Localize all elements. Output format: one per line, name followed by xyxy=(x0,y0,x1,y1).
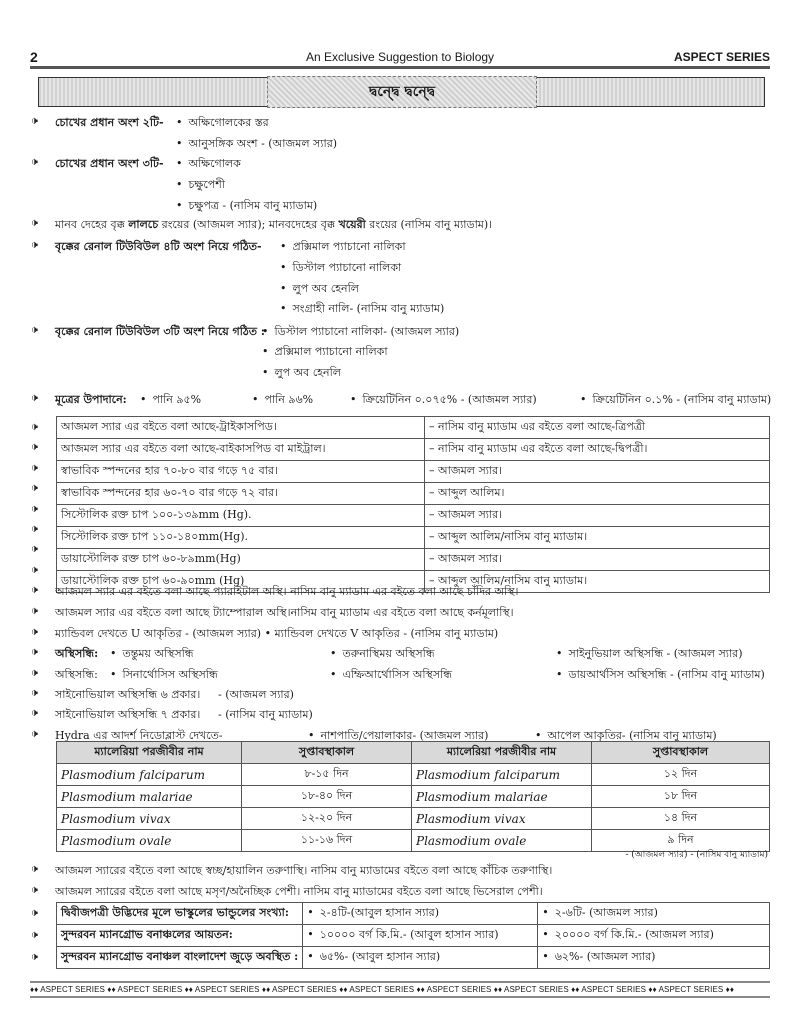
statement-cell: সিস্টোলিক রক্ত চাপ ১১০-১৪০mm(Hg). xyxy=(57,527,425,549)
text: মানব দেহের বৃক্ক xyxy=(55,218,128,231)
speaker-icon: 🕩 xyxy=(31,883,38,897)
cartilage-note: আজমল স্যারের বইতে বলা আছে স্বচ্ছ/হায়ালি… xyxy=(55,862,552,881)
value-text: ১০০০০ বর্গ কি.মি.- (আবুল হাসান স্যার) xyxy=(307,928,498,941)
speaker-icon: 🕩 xyxy=(31,645,38,659)
statement-cell: ডায়াস্টোলিক রক্ত চাপ ৬০-৮৯mm(Hg) xyxy=(57,549,425,571)
table-header-row: ম্যালেরিয়া পরজীবীর নাম সুপ্তাবস্থাকাল ম… xyxy=(57,742,770,764)
column-header: ম্যালেরিয়া পরজীবীর নাম xyxy=(412,742,592,764)
table-row: আজমল স্যার এর বইতে বলা আছে-বাইকাসপিড বা … xyxy=(57,439,770,461)
speaker-icon: 🕩 xyxy=(31,522,38,536)
renal3-item: ডিস্টাল প্যাচানো নালিকা- (আজমল স্যার) xyxy=(262,323,459,342)
comparison-table: আজমল স্যার এর বইতে বলা আছে-ট্রাইকাসপিড।–… xyxy=(56,416,770,593)
synovial-source: - (আজমল স্যার) xyxy=(218,686,294,705)
joint-label: অস্থিসন্ধি: xyxy=(55,666,98,685)
table-row: সুন্দরবন ম্যানগ্রোভ বনাঞ্চল বাংলাদেশ জুড… xyxy=(57,947,770,969)
eye-b-item: চক্ষুপত্র - (নাসিম বানু ম্যাডাম) xyxy=(176,197,317,216)
eye-a-item: অক্ষিগোলকের স্তর xyxy=(176,114,269,133)
renal4-item: সংগ্রাহী নালি- (নাসিম বানু ম্যাডাম) xyxy=(280,300,444,319)
renal4-label: বৃক্কের রেনাল টিউবিউল ৪টি অংশ নিয়ে গঠিত… xyxy=(55,238,262,257)
column-header: ম্যালেরিয়া পরজীবীর নাম xyxy=(57,742,242,764)
speaker-icon: 🕩 xyxy=(31,216,38,230)
kidney-color-line: মানব দেহের বৃক্ক লালচে রংয়ের (আজমল স্যা… xyxy=(55,216,492,235)
column-header: সুপ্তাবস্থাকাল xyxy=(242,742,412,764)
series-name: ASPECT SERIES xyxy=(674,50,770,64)
footer-divider xyxy=(30,981,770,983)
table-row: ডায়াস্টোলিক রক্ত চাপ ৬০-৮৯mm(Hg)– আজমল … xyxy=(57,549,770,571)
joint-item: ডায়আর্থসিস অস্থিসন্ধি - (নাসিম বানু ম্য… xyxy=(556,666,765,685)
header-divider xyxy=(30,66,770,69)
species-cell: Plasmodium falciparum xyxy=(57,764,242,786)
value-cell: ৬৫%- (আবুল হাসান স্যার) xyxy=(303,947,538,969)
speaker-icon: 🕩 xyxy=(31,238,38,252)
joint-item: এম্ফিআর্থোসিস অস্থিসন্ধি xyxy=(330,666,452,685)
source-cell: – নাসিম বানু ম্যাডাম এর বইতে বলা আছে-দ্ব… xyxy=(425,439,770,461)
table-row: Plasmodium falciparum৮-১৫ দিনPlasmodium … xyxy=(57,764,770,786)
bone-note: আজমল স্যার এর বইতে বলা আছে প্যারাইটাল অস… xyxy=(55,583,518,602)
speaker-icon: 🕩 xyxy=(31,114,38,128)
topic-cell: সুন্দরবন ম্যানগ্রোভ বনাঞ্চল বাংলাদেশ জুড… xyxy=(57,947,303,969)
source-cell: – আব্দুল আলিম। xyxy=(425,483,770,505)
renal4-item: লুপ অব হেনলি xyxy=(280,280,359,299)
statement-cell: আজমল স্যার এর বইতে বলা আছে-বাইকাসপিড বা … xyxy=(57,439,425,461)
synovial-text: সাইনোভিয়াল অস্থিসন্ধি ৬ প্রকার। xyxy=(55,686,200,705)
value-text: ২০০০০ বর্গ কি.মি.- (আজমল স্যার) xyxy=(542,928,714,941)
value-cell: ২-৬টি- (আজমল স্যার) xyxy=(538,903,770,925)
table-row: স্বাভাবিক স্পন্দনের হার ৭০-৮০ বার গড়ে ৭… xyxy=(57,461,770,483)
value-cell: ৬২%- (আজমল স্যার) xyxy=(538,947,770,969)
incubation-cell: ১৮-৪০ দিন xyxy=(242,786,412,808)
speaker-icon: 🕩 xyxy=(31,440,38,454)
table-row: Plasmodium malariae১৮-৪০ দিনPlasmodium m… xyxy=(57,786,770,808)
joint-item: তন্তুময় অস্থিসন্ধি xyxy=(110,645,194,664)
urine-item: পানি ৯৬% xyxy=(252,391,313,410)
urine-item: ক্রিয়েটিনিন ০.০৭৫% - (আজমল স্যার) xyxy=(350,391,537,410)
topic-cell: দ্বিবীজপত্রী উদ্ভিদের মূলে ভাস্কুলের ভান… xyxy=(57,903,303,925)
speaker-icon: 🕩 xyxy=(31,686,38,700)
speaker-icon: 🕩 xyxy=(31,461,38,475)
table-row: সিস্টোলিক রক্ত চাপ ১১০-১৪০mm(Hg).– আব্দু… xyxy=(57,527,770,549)
urine-item: পানি ৯৫% xyxy=(140,391,201,410)
urine-item: ক্রিয়েটিনিন ০.১% - (নাসিম বানু ম্যাডাম) xyxy=(580,391,771,410)
speaker-icon: 🕩 xyxy=(31,625,38,639)
column-header: সুপ্তাবস্থাকাল xyxy=(592,742,770,764)
speaker-icon: 🕩 xyxy=(31,727,38,741)
speaker-icon: 🕩 xyxy=(31,666,38,680)
incubation-cell: ১৪ দিন xyxy=(592,808,770,830)
table-row: দ্বিবীজপত্রী উদ্ভিদের মূলে ভাস্কুলের ভান… xyxy=(57,903,770,925)
speaker-icon: 🕩 xyxy=(31,604,38,618)
renal3-item: লুপ অব হেনলি xyxy=(262,364,341,383)
species-cell: Plasmodium malariae xyxy=(412,786,592,808)
speaker-icon: 🕩 xyxy=(31,420,38,434)
page-title: An Exclusive Suggestion to Biology xyxy=(30,50,770,64)
value-cell: ২০০০০ বর্গ কি.মি.- (আজমল স্যার) xyxy=(538,925,770,947)
malaria-table: ম্যালেরিয়া পরজীবীর নাম সুপ্তাবস্থাকাল ম… xyxy=(56,741,770,852)
speaker-icon: 🕩 xyxy=(31,706,38,720)
incubation-cell: ১২-২০ দিন xyxy=(242,808,412,830)
source-cell: – নাসিম বানু ম্যাডাম এর বইতে বলা আছে-ত্র… xyxy=(425,417,770,439)
synovial-text: সাইনোভিয়াল অস্থিসন্ধি ৭ প্রকার। xyxy=(55,706,200,725)
renal3-label: বৃক্কের রেনাল টিউবিউল ৩টি অংশ নিয়ে গঠিত… xyxy=(55,323,265,342)
speaker-icon: 🕩 xyxy=(31,563,38,577)
species-cell: Plasmodium ovale xyxy=(57,830,242,852)
table-row: আজমল স্যার এর বইতে বলা আছে-ট্রাইকাসপিড।–… xyxy=(57,417,770,439)
species-cell: Plasmodium malariae xyxy=(57,786,242,808)
speaker-icon: 🕩 xyxy=(31,583,38,597)
incubation-cell: ১১-১৬ দিন xyxy=(242,830,412,852)
source-cell: – আজমল স্যার। xyxy=(425,461,770,483)
incubation-cell: ৮-১৫ দিন xyxy=(242,764,412,786)
value-text: ২-৪টি-(আবুল হাসান স্যার) xyxy=(307,906,439,919)
renal3-item: প্রক্সিমাল প্যাচানো নালিকা xyxy=(262,343,388,362)
speaker-icon: 🕩 xyxy=(31,502,38,516)
incubation-cell: ১৮ দিন xyxy=(592,786,770,808)
value-cell: ২-৪টি-(আবুল হাসান স্যার) xyxy=(303,903,538,925)
species-cell: Plasmodium ovale xyxy=(412,830,592,852)
speaker-icon: 🕩 xyxy=(31,155,38,169)
text: রংয়ের (আজমল স্যার); মানবদেহের বৃক্ক xyxy=(158,218,338,231)
species-cell: Plasmodium falciparum xyxy=(412,764,592,786)
eye-b-label: চোখের প্রধান অংশ ৩টি- xyxy=(55,155,164,174)
eye-a-item: আনুসঙ্গিক অংশ - (আজমল স্যার) xyxy=(176,135,337,154)
table-row: Plasmodium vivax১২-২০ দিনPlasmodium viva… xyxy=(57,808,770,830)
eye-b-item: চক্ষুপেশী xyxy=(176,176,225,195)
bone-note: আজমল স্যার এর বইতে বলা আছে ট্যাম্পোরাল অ… xyxy=(55,604,514,623)
speaker-icon: 🕩 xyxy=(31,481,38,495)
speaker-icon: 🕩 xyxy=(31,950,38,964)
source-cell: – আজমল স্যার। xyxy=(425,505,770,527)
facts-table: দ্বিবীজপত্রী উদ্ভিদের মূলে ভাস্কুলের ভান… xyxy=(56,902,770,969)
text: রংয়ের (নাসিম বানু ম্যাডাম)। xyxy=(366,218,492,231)
speaker-icon: 🕩 xyxy=(31,928,38,942)
statement-cell: স্বাভাবিক স্পন্দনের হার ৬০-৭০ বার গড়ে ৭… xyxy=(57,483,425,505)
speaker-icon: 🕩 xyxy=(31,391,38,405)
joint-item: সিনার্থোসিস অস্থিসন্ধি xyxy=(110,666,218,685)
eye-a-label: চোখের প্রধান অংশ ২টি- xyxy=(55,114,164,133)
footer-divider xyxy=(30,996,770,998)
value-text: ৬২%- (আজমল স্যার) xyxy=(542,950,655,963)
eye-b-item: অক্ষিগোলক xyxy=(176,155,241,174)
statement-cell: আজমল স্যার এর বইতে বলা আছে-ট্রাইকাসপিড। xyxy=(57,417,425,439)
page-header: 2 An Exclusive Suggestion to Biology ASP… xyxy=(30,47,770,67)
banner-title: দ্বন্দ্বে দ্বন্দ্বে xyxy=(267,76,537,108)
mandible-note: ম্যান্ডিবল দেখতে U আকৃতির - (আজমল স্যার)… xyxy=(55,625,498,644)
footer-strip: ♦♦ ASPECT SERIES ♦♦ ASPECT SERIES ♦♦ ASP… xyxy=(30,985,770,994)
species-cell: Plasmodium vivax xyxy=(412,808,592,830)
section-banner: দ্বন্দ্বে দ্বন্দ্বে xyxy=(38,77,765,107)
speaker-icon: 🕩 xyxy=(31,862,38,876)
highlight: খয়েরী xyxy=(338,218,365,231)
joint-item: তরুনাস্থিময় অস্থিসন্ধি xyxy=(330,645,435,664)
species-cell: Plasmodium vivax xyxy=(57,808,242,830)
speaker-icon: 🕩 xyxy=(31,323,38,337)
statement-cell: স্বাভাবিক স্পন্দনের হার ৭০-৮০ বার গড়ে ৭… xyxy=(57,461,425,483)
renal4-item: প্রক্সিমাল প্যাচানো নালিকা xyxy=(280,238,406,257)
value-text: ৬৫%- (আবুল হাসান স্যার) xyxy=(307,950,440,963)
value-cell: ১০০০০ বর্গ কি.মি.- (আবুল হাসান স্যার) xyxy=(303,925,538,947)
incubation-cell: ১২ দিন xyxy=(592,764,770,786)
joint-item: সাইনুভিয়াল অস্থিসন্ধি - (আজমল স্যার) xyxy=(556,645,743,664)
source-cell: – আব্দুল আলিম/নাসিম বানু ম্যাডাম। xyxy=(425,527,770,549)
renal4-item: ডিস্টাল প্যাচানো নালিকা xyxy=(280,259,401,278)
table-row: সুন্দরবন ম্যানগ্রোভ বনাঞ্চলের আয়তন:১০০০… xyxy=(57,925,770,947)
value-text: ২-৬টি- (আজমল স্যার) xyxy=(542,906,658,919)
topic-cell: সুন্দরবন ম্যানগ্রোভ বনাঞ্চলের আয়তন: xyxy=(57,925,303,947)
table-row: সিস্টোলিক রক্ত চাপ ১০০-১৩৯mm (Hg).– আজমল… xyxy=(57,505,770,527)
source-cell: – আজমল স্যার। xyxy=(425,549,770,571)
highlight: লালচে xyxy=(128,218,158,231)
speaker-icon: 🕩 xyxy=(31,542,38,556)
malaria-source: - (আজমল স্যার) - (নাসিম বানু ম্যাডাম) xyxy=(625,847,768,862)
joint-label: অস্থিসন্ধি: xyxy=(55,645,98,664)
muscle-note: আজমল স্যারের বইতে বলা আছে মসৃণ/অনৈচ্ছিক … xyxy=(55,883,543,902)
statement-cell: সিস্টোলিক রক্ত চাপ ১০০-১৩৯mm (Hg). xyxy=(57,505,425,527)
speaker-icon: 🕩 xyxy=(31,906,38,920)
synovial-source: - (নাসিম বানু ম্যাডাম) xyxy=(218,706,313,725)
urine-label: মূত্রের উপাদানে: xyxy=(55,391,127,410)
table-row: স্বাভাবিক স্পন্দনের হার ৬০-৭০ বার গড়ে ৭… xyxy=(57,483,770,505)
